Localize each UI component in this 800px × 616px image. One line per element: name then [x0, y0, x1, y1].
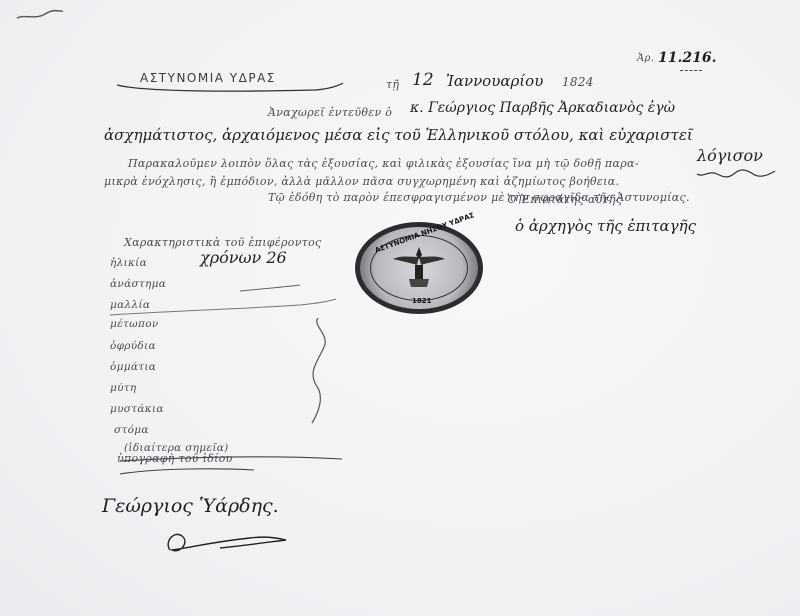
date-day: 12 [412, 70, 434, 90]
body-line3-printed: Παρακαλοῦμεν λοιπὸν ὅλας τὰς ἐξουσίας, κ… [128, 157, 639, 170]
scanned-document: ΑΣΤΥΝΟΜΙΑ ΥΔΡΑΣ τῇ 12 Ἰαννουαρίου 1824 Ἀ… [0, 0, 800, 616]
signature-label: ὑπογραφὴ τοῦ ἰδίου [117, 452, 233, 465]
number-label: Ἀρ. [637, 53, 654, 64]
title-underline [115, 82, 345, 96]
official-signature: ὁ ἀρχηγὸς τῆς ἐπιταγῆς [515, 217, 696, 235]
stray-ink-mark [15, 8, 65, 22]
signature-divider [118, 466, 258, 478]
date-prefix: τῇ [386, 78, 399, 91]
filler-flourish [695, 162, 785, 180]
official-title: Ὁ Ἐπιστάτης αὐτῆς [507, 193, 622, 206]
signature-flourish [150, 520, 290, 560]
field-value-age: χρόνων 26 [200, 248, 287, 267]
number-underline [680, 70, 702, 71]
date-month: Ἰαννουαρίου [446, 72, 543, 90]
police-seal: ΑΣΤΥΝΟΜΙΑ ΝΗΣΟΥ ΥΔΡΑΣ 1821 [355, 222, 483, 314]
body-line5-printed: Τῷ ἐδόθη τὸ παρὸν ἐπεσφραγισμένον μὲ τὴν… [268, 191, 690, 204]
document-number: 11.216. [658, 50, 716, 66]
body-line2-handwritten: ἀσχημάτιστος, ἀρχαιόμενος μέσα εἰς τοῦ Ἑ… [104, 126, 693, 144]
seal-year: 1821 [412, 297, 431, 305]
date-year: 1824 [562, 75, 594, 89]
holder-signature: Γεώργιος Ὑάρδης. [102, 495, 279, 517]
body-line1-printed: Ἀναχωρεῖ ἐντεῦθεν ὁ [268, 106, 392, 119]
blank-field-strokes [90, 275, 370, 475]
phoenix-icon [389, 241, 449, 295]
traveler-name-line: κ. Γεώργιος Παρβῆς Ἀρκαδιανὸς ἐγὼ [410, 100, 675, 116]
field-label-age: ἡλικία [110, 257, 147, 269]
body-line4-printed: μικρὰ ἐνόχλησις, ἢ ἐμπόδιον, ἀλλὰ μᾶλλον… [104, 175, 619, 188]
